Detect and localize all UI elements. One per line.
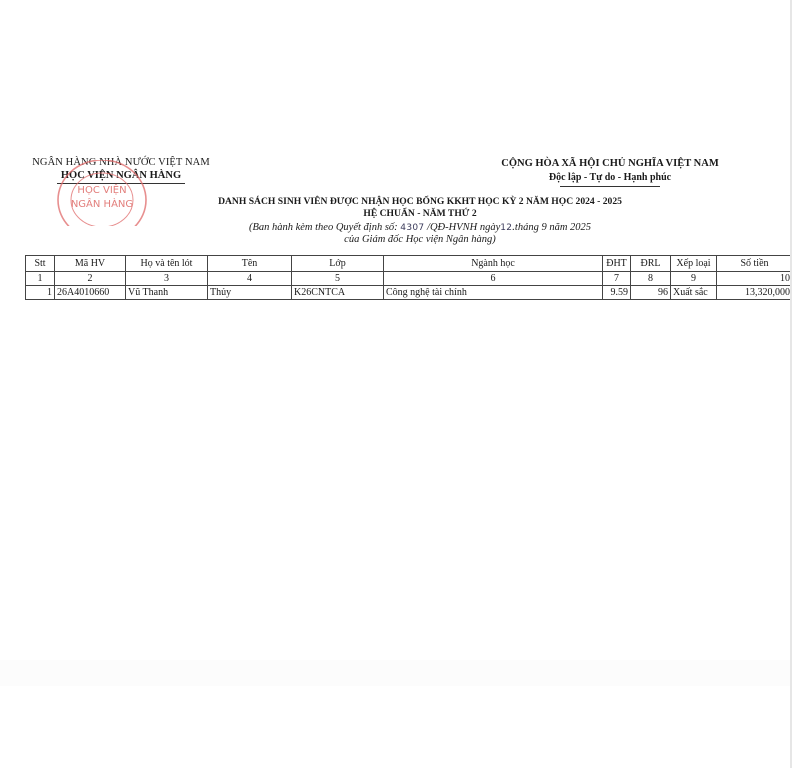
national-header: CỘNG HÒA XÃ HỘI CHỦ NGHĨA VIỆT NAM Độc l… xyxy=(460,157,760,187)
document-title: DANH SÁCH SINH VIÊN ĐƯỢC NHẬN HỌC BỔNG K… xyxy=(130,196,710,208)
document-page: NGÂN HÀNG NHÀ NƯỚC VIỆT NAM HỌC VIỆN NGÂ… xyxy=(0,0,792,768)
index-cell: 1 xyxy=(26,272,55,286)
cell-amount: 13,320,000 xyxy=(717,286,792,300)
table-header-row: Stt Mã HV Họ và tên lót Tên Lớp Ngành họ… xyxy=(26,256,792,272)
header-major: Ngành học xyxy=(384,256,603,272)
index-cell: 10 xyxy=(717,272,792,286)
document-title-block: DANH SÁCH SINH VIÊN ĐƯỢC NHẬN HỌC BỔNG K… xyxy=(130,196,710,245)
header-stt: Stt xyxy=(26,256,55,272)
column-index-row: 1 2 3 4 5 6 7 8 9 10 xyxy=(26,272,792,286)
header-gpa: ĐHT xyxy=(603,256,631,272)
header-student-id: Mã HV xyxy=(55,256,126,272)
cell-rank: Xuất sắc xyxy=(671,286,717,300)
decree-number: 4307 xyxy=(400,223,424,233)
motto-underline xyxy=(560,186,660,187)
index-cell: 5 xyxy=(292,272,384,286)
header-amount: Số tiền xyxy=(717,256,792,272)
parent-organization: NGÂN HÀNG NHÀ NƯỚC VIỆT NAM xyxy=(26,156,216,169)
header-rank: Xếp loại xyxy=(671,256,717,272)
cell-gpa: 9.59 xyxy=(603,286,631,300)
cell-conduct-score: 96 xyxy=(631,286,671,300)
decree-prefix: (Ban hành kèm theo Quyết định số: xyxy=(249,222,400,233)
index-cell: 6 xyxy=(384,272,603,286)
cell-last-middle-name: Vũ Thanh xyxy=(126,286,208,300)
index-cell: 3 xyxy=(126,272,208,286)
index-cell: 4 xyxy=(208,272,292,286)
issuing-organization: NGÂN HÀNG NHÀ NƯỚC VIỆT NAM HỌC VIỆN NGÂ… xyxy=(26,156,216,184)
decree-middle: /QĐ-HVNH ngày xyxy=(424,222,500,233)
header-last-middle-name: Họ và tên lót xyxy=(126,256,208,272)
document-subtitle: HỆ CHUẨN - NĂM THỨ 2 xyxy=(130,208,710,220)
cell-stt: 1 xyxy=(26,286,55,300)
header-class: Lớp xyxy=(292,256,384,272)
decree-suffix: .tháng 9 năm 2025 xyxy=(512,222,591,233)
scholarship-table: Stt Mã HV Họ và tên lót Tên Lớp Ngành họ… xyxy=(25,255,792,300)
decree-signer: của Giám đốc Học viện Ngân hàng) xyxy=(130,234,710,245)
index-cell: 9 xyxy=(671,272,717,286)
faint-scan-artifact xyxy=(0,660,792,686)
index-cell: 2 xyxy=(55,272,126,286)
decree-day: 12 xyxy=(500,223,512,233)
header-conduct-score: ĐRL xyxy=(631,256,671,272)
index-cell: 7 xyxy=(603,272,631,286)
national-motto: Độc lập - Tự do - Hạnh phúc xyxy=(460,171,760,185)
header-first-name: Tên xyxy=(208,256,292,272)
cell-major: Công nghệ tài chính xyxy=(384,286,603,300)
cell-first-name: Thủy xyxy=(208,286,292,300)
header-underline xyxy=(57,183,185,184)
svg-text:NGÂN HÀNG: NGÂN HÀNG xyxy=(71,197,133,210)
svg-text:HỌC VIỆN: HỌC VIỆN xyxy=(77,183,126,196)
decree-reference: (Ban hành kèm theo Quyết định số: 4307 /… xyxy=(130,222,710,234)
nation-name: CỘNG HÒA XÃ HỘI CHỦ NGHĨA VIỆT NAM xyxy=(460,157,760,171)
organization-name: HỌC VIỆN NGÂN HÀNG xyxy=(26,169,216,182)
cell-student-id: 26A4010660 xyxy=(55,286,126,300)
index-cell: 8 xyxy=(631,272,671,286)
cell-class: K26CNTCA xyxy=(292,286,384,300)
table-row: 1 26A4010660 Vũ Thanh Thủy K26CNTCA Công… xyxy=(26,286,792,300)
